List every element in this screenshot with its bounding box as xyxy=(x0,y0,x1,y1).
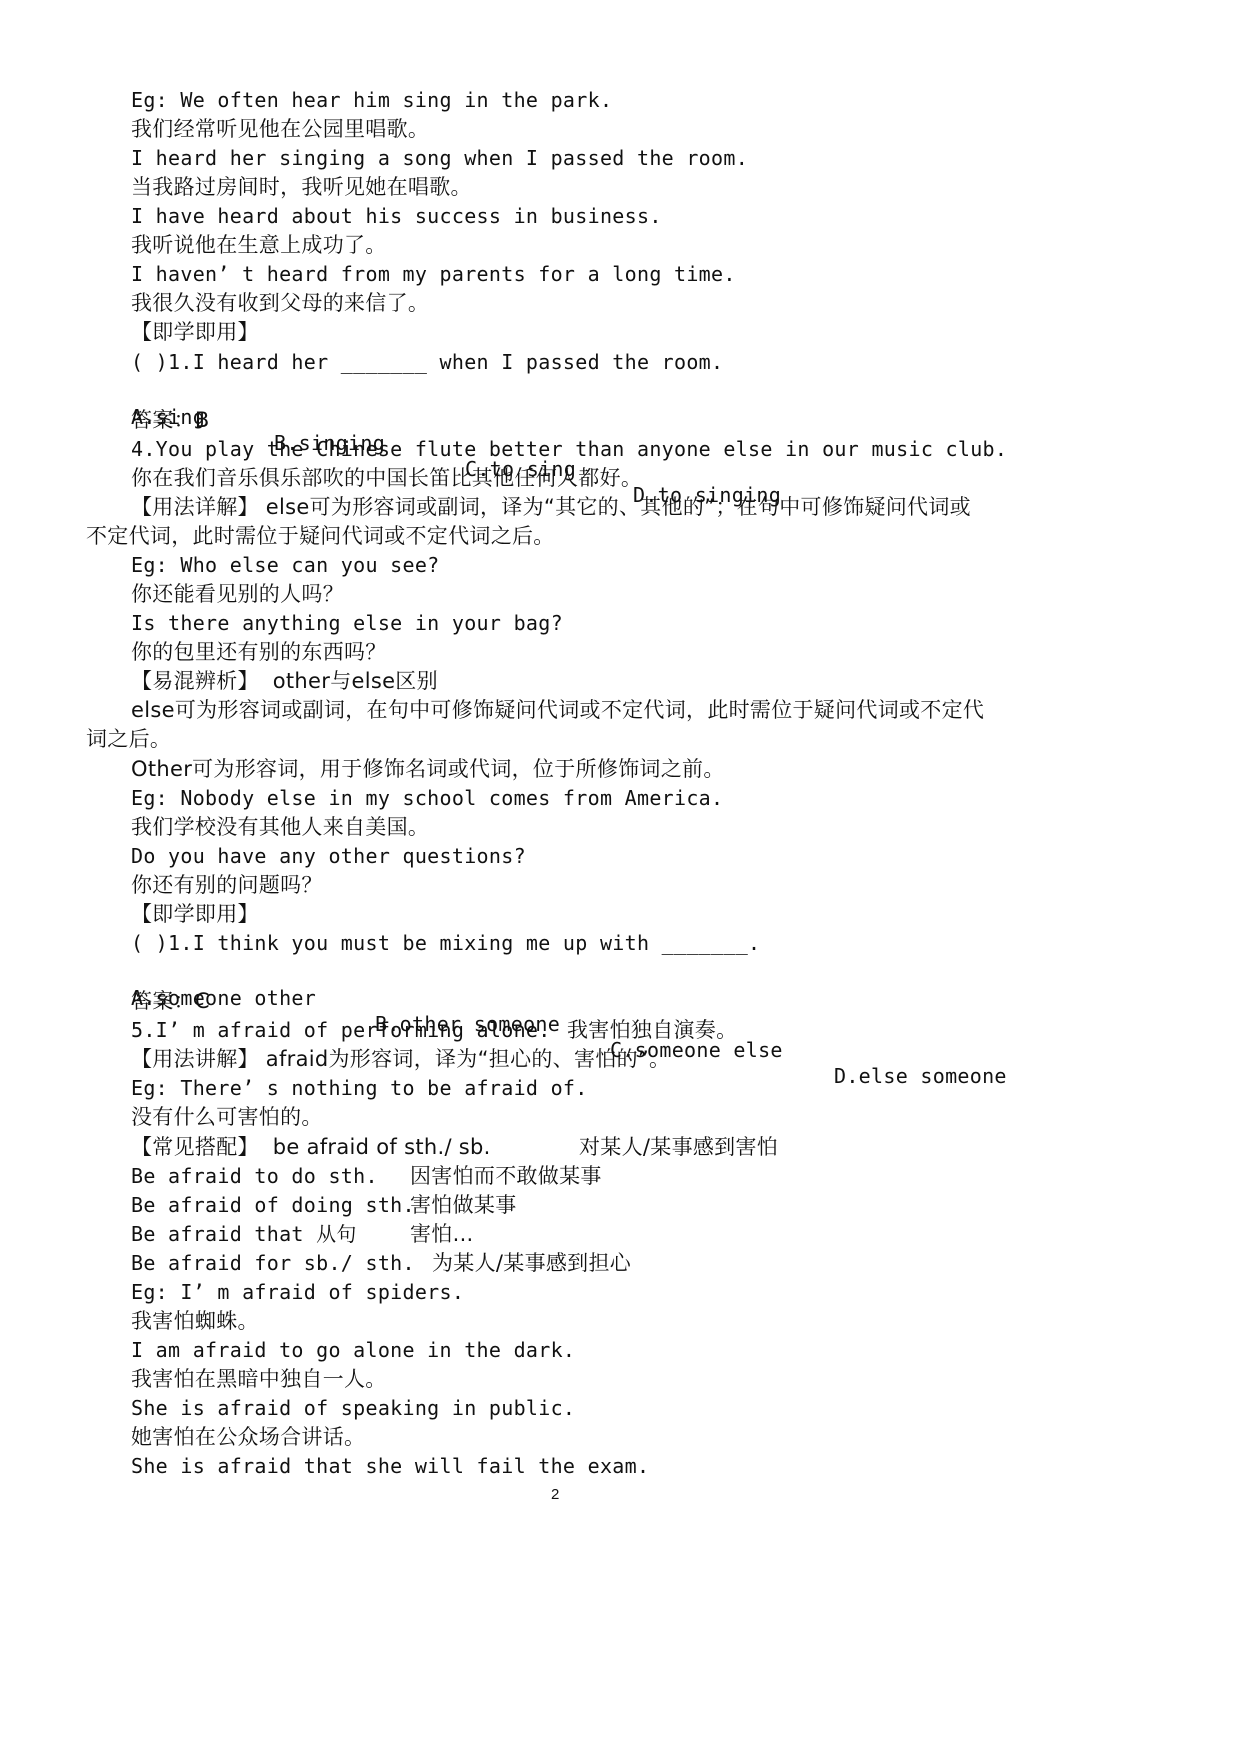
example-sentence: I haven’ t heard from my parents for a l… xyxy=(131,261,736,287)
example-sentence: Eg: I’ m afraid of spiders. xyxy=(131,1279,464,1305)
comparison-text: Other可为形容词，用于修饰名词或代词，位于所修饰词之前。 xyxy=(131,756,725,782)
example-sentence: I am afraid to go alone in the dark. xyxy=(131,1337,575,1363)
usage-explanation-cont: 不定代词，此时需位于疑问代词或不定代词之后。 xyxy=(86,523,555,549)
quiz-answer: 答案：B xyxy=(131,407,210,433)
section-heading-practice: 【即学即用】 xyxy=(131,319,259,345)
example-sentence: Is there anything else in your bag? xyxy=(131,610,563,636)
example-sentence: Do you have any other questions? xyxy=(131,843,526,869)
translation: 当我路过房间时，我听见她在唱歌。 xyxy=(131,174,472,200)
collocation-meaning: 为某人/某事感到担心 xyxy=(432,1250,631,1276)
quiz-option-d: D.else someone xyxy=(834,1063,1007,1089)
document-page: Eg: We often hear him sing in the park. … xyxy=(0,0,1240,1753)
usage-explanation: 【用法详解】 else可为形容词或副词，译为“其它的、其他的”；在句中可修饰疑问… xyxy=(131,494,971,520)
translation: 你还能看见别的人吗？ xyxy=(131,581,344,607)
collocation: Be afraid to do sth. xyxy=(131,1163,378,1189)
translation: 她害怕在公众场合讲话。 xyxy=(131,1424,365,1450)
collocation-meaning: 因害怕而不敢做某事 xyxy=(410,1163,602,1189)
translation: 没有什么可害怕的。 xyxy=(131,1104,323,1130)
collocation-meaning: 对某人/某事感到害怕 xyxy=(579,1134,778,1160)
translation: 我害怕蜘蛛。 xyxy=(131,1308,259,1334)
translation: 你还有别的问题吗？ xyxy=(131,872,323,898)
usage-explanation: 【用法讲解】 afraid为形容词，译为“担心的、害怕的”。 xyxy=(131,1046,670,1072)
translation: 我害怕独自演奏。 xyxy=(567,1017,737,1043)
translation: 你的包里还有别的东西吗？ xyxy=(131,639,387,665)
key-sentence: 4.You play the Chinese flute better than… xyxy=(131,436,1007,462)
collocation: Be afraid for sb./ sth. xyxy=(131,1250,415,1276)
section-heading-practice: 【即学即用】 xyxy=(131,901,259,927)
translation: 你在我们音乐俱乐部吹的中国长笛比其他任何人都好。 xyxy=(131,465,642,491)
translation: 我害怕在黑暗中独自一人。 xyxy=(131,1366,387,1392)
translation: 我很久没有收到父母的来信了。 xyxy=(131,290,429,316)
translation: 我听说他在生意上成功了。 xyxy=(131,232,387,258)
translation: 我们经常听见他在公园里唱歌。 xyxy=(131,116,429,142)
translation: 我们学校没有其他人来自美国。 xyxy=(131,814,429,840)
example-sentence: She is afraid that she will fail the exa… xyxy=(131,1453,649,1479)
page-number: 2 xyxy=(551,1486,559,1503)
key-sentence: 5.I’ m afraid of performing alone. xyxy=(131,1017,551,1043)
example-sentence: Eg: Who else can you see? xyxy=(131,552,440,578)
example-sentence: She is afraid of speaking in public. xyxy=(131,1395,575,1421)
collocation-heading: 【常见搭配】 be afraid of sth./ sb. xyxy=(131,1134,491,1160)
example-sentence: I heard her singing a song when I passed… xyxy=(131,145,748,171)
collocation: Be afraid that 从句 xyxy=(131,1221,357,1247)
collocation-meaning: 害怕做某事 xyxy=(410,1192,517,1218)
section-heading-comparison: 【易混辨析】 other与else区别 xyxy=(131,668,438,694)
comparison-text: else可为形容词或副词，在句中可修饰疑问代词或不定代词，此时需位于疑问代词或不… xyxy=(131,697,984,723)
comparison-text-cont: 词之后。 xyxy=(86,726,171,752)
collocation: Be afraid of doing sth. xyxy=(131,1192,415,1218)
example-sentence: Eg: We often hear him sing in the park. xyxy=(131,87,612,113)
example-sentence: Eg: Nobody else in my school comes from … xyxy=(131,785,723,811)
collocation-meaning: 害怕... xyxy=(410,1221,474,1247)
quiz-question: ( )1.I heard her _______ when I passed t… xyxy=(131,349,723,375)
quiz-answer: 答案：C xyxy=(131,988,210,1014)
example-sentence: I have heard about his success in busine… xyxy=(131,203,662,229)
quiz-question: ( )1.I think you must be mixing me up wi… xyxy=(131,930,760,956)
example-sentence: Eg: There’ s nothing to be afraid of. xyxy=(131,1075,588,1101)
